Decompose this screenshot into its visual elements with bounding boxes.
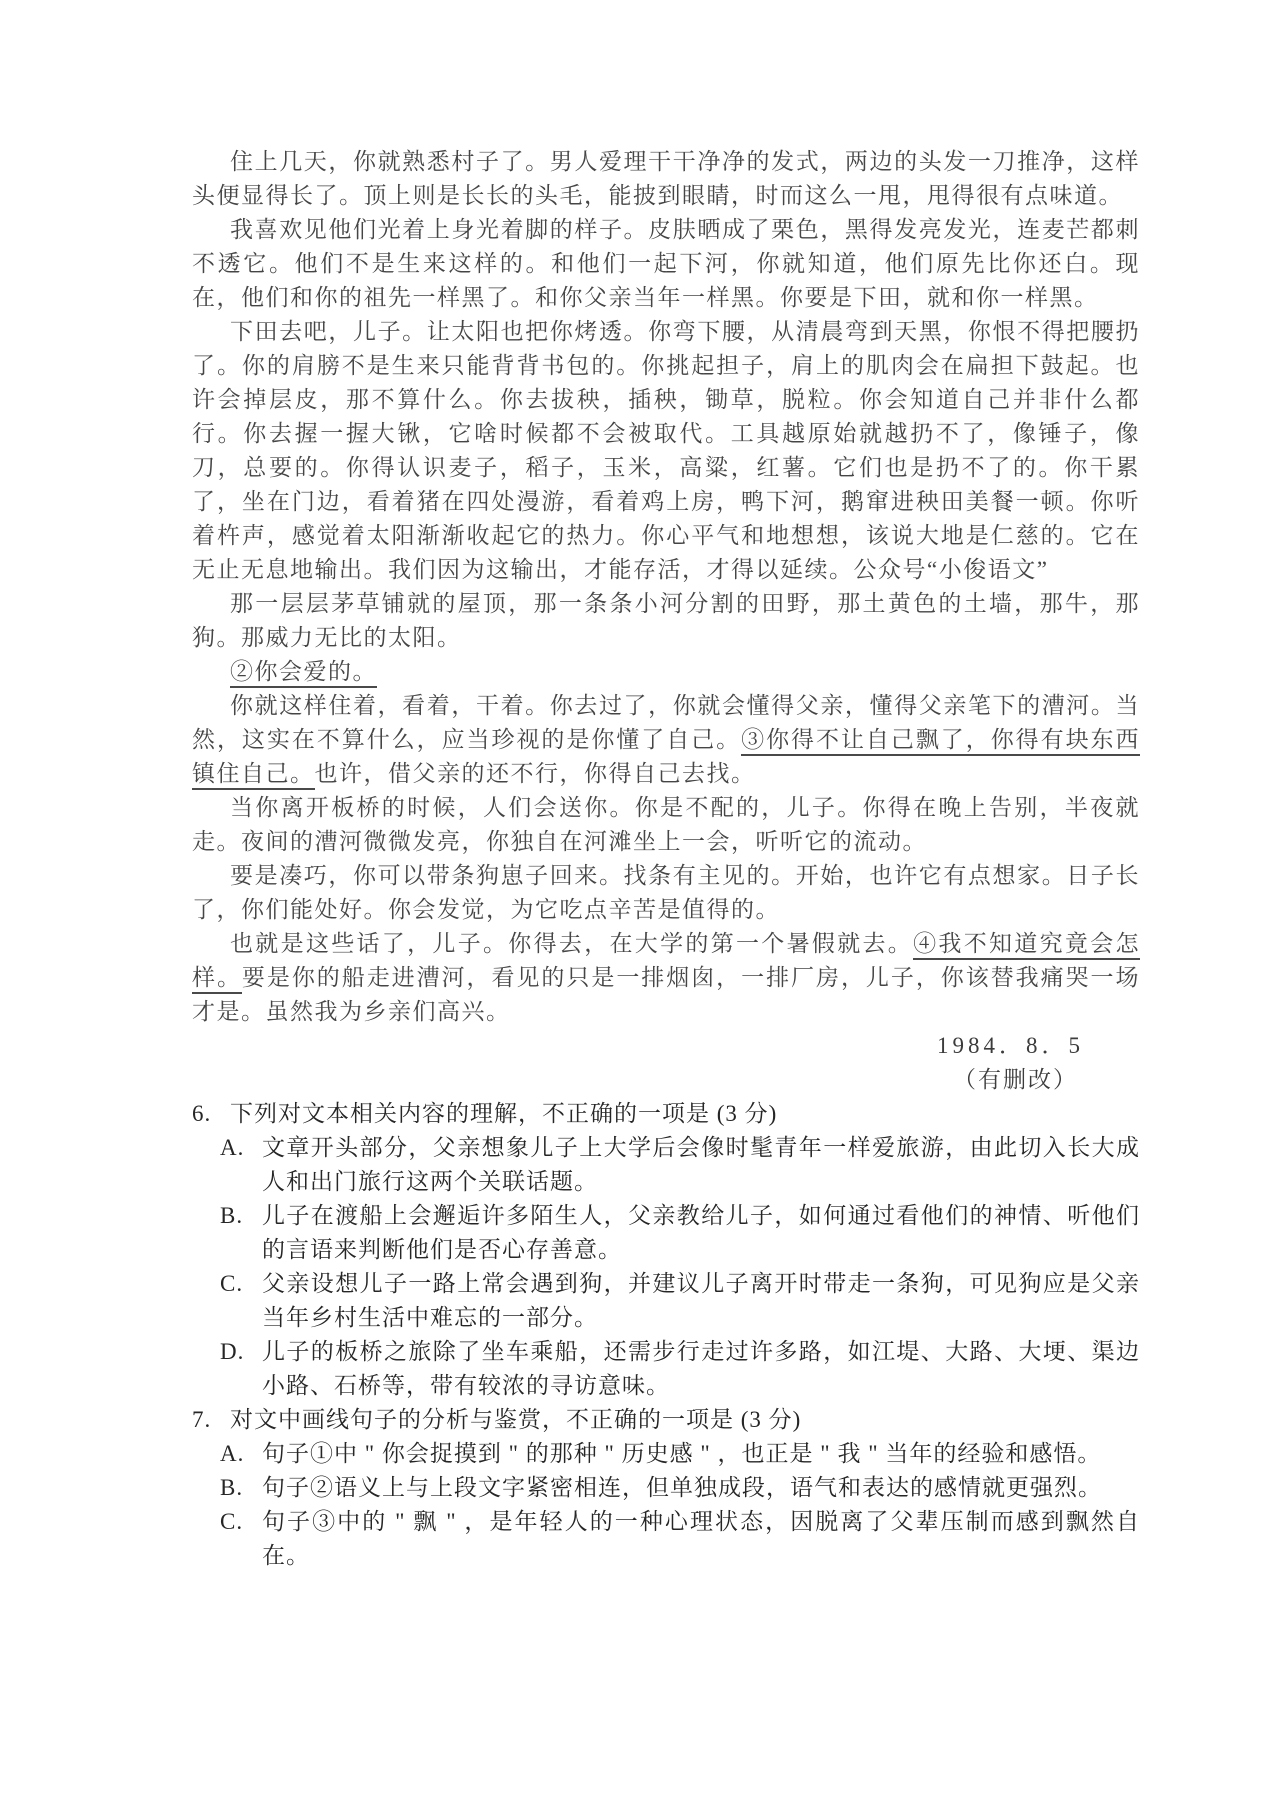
passage-text: 那一层层茅草铺就的屋顶，那一条条小河分割的田野，那土黄色的土墙，那牛，那狗。那威… (192, 591, 1140, 650)
passage-date: 1984．8．5 (192, 1029, 1140, 1063)
passage-text: 住上几天，你就熟悉村子了。男人爱理干干净净的发式，两边的头发一刀推净，这样头便显… (192, 149, 1140, 208)
option-label: B. (220, 1199, 262, 1267)
passage-paragraph: 要是凑巧，你可以带条狗崽子回来。找条有主见的。开始，也许它有点想家。日子长了，你… (192, 859, 1140, 927)
option-item: D.儿子的板桥之旅除了坐车乘船，还需步行走过许多路，如江堤、大路、大埂、渠边小路… (220, 1335, 1140, 1403)
passage-paragraph: 下田去吧，儿子。让太阳也把你烤透。你弯下腰，从清晨弯到天黑，你恨不得把腰扔了。你… (192, 315, 1140, 587)
option-text: 句子③中的 " 飘 " ，是年轻人的一种心理状态，因脱离了父辈压制而感到飘然自在… (262, 1505, 1140, 1573)
option-label: B. (220, 1471, 262, 1505)
option-label: A. (220, 1131, 262, 1199)
option-text: 儿子的板桥之旅除了坐车乘船，还需步行走过许多路，如江堤、大路、大埂、渠边小路、石… (262, 1335, 1140, 1403)
question-stem: 对文中画线句子的分析与鉴赏，不正确的一项是 (3 分) (230, 1403, 1140, 1437)
passage-paragraph: 当你离开板桥的时候，人们会送你。你是不配的，儿子。你得在晚上告别，半夜就走。夜间… (192, 791, 1140, 859)
passage-text: 要是你的船走进漕河，看见的只是一排烟囱，一排厂房，儿子，你该替我痛哭一场才是。虽… (192, 965, 1140, 1024)
option-label: C. (220, 1505, 262, 1573)
option-label: A. (220, 1437, 262, 1471)
questions-section: 6.下列对文本相关内容的理解，不正确的一项是 (3 分)A.文章开头部分，父亲想… (192, 1097, 1140, 1573)
passage-paragraph: 也就是这些话了，儿子。你得去，在大学的第一个暑假就去。④我不知道究竟会怎样。要是… (192, 927, 1140, 1029)
passage-paragraph: ②你会爱的。 (192, 655, 1140, 689)
option-item: B.儿子在渡船上会邂逅许多陌生人，父亲教给儿子，如何通过看他们的神情、听他们的言… (220, 1199, 1140, 1267)
passage-paragraph: 住上几天，你就熟悉村子了。男人爱理干干净净的发式，两边的头发一刀推净，这样头便显… (192, 145, 1140, 213)
passage-text: 也许，借父亲的还不行，你得自己去找。 (315, 761, 756, 786)
passage-edit-note: （有删改） (192, 1063, 1140, 1097)
option-item: B.句子②语义上与上段文字紧密相连，但单独成段，语气和表达的感情就更强烈。 (220, 1471, 1140, 1505)
option-text: 文章开头部分，父亲想象儿子上大学后会像时髦青年一样爱旅游，由此切入长大成人和出门… (262, 1131, 1140, 1199)
question-stem-row: 7.对文中画线句子的分析与鉴赏，不正确的一项是 (3 分) (192, 1403, 1140, 1437)
option-item: A.文章开头部分，父亲想象儿子上大学后会像时髦青年一样爱旅游，由此切入长大成人和… (220, 1131, 1140, 1199)
option-item: C.句子③中的 " 飘 " ，是年轻人的一种心理状态，因脱离了父辈压制而感到飘然… (220, 1505, 1140, 1573)
passage-text: 下田去吧，儿子。让太阳也把你烤透。你弯下腰，从清晨弯到天黑，你恨不得把腰扔了。你… (192, 319, 1140, 582)
question: 6.下列对文本相关内容的理解，不正确的一项是 (3 分)A.文章开头部分，父亲想… (192, 1097, 1140, 1403)
question-number: 6. (192, 1097, 230, 1131)
option-text: 父亲设想儿子一路上常会遇到狗，并建议儿子离开时带走一条狗，可见狗应是父亲当年乡村… (262, 1267, 1140, 1335)
passage-text: 要是凑巧，你可以带条狗崽子回来。找条有主见的。开始，也许它有点想家。日子长了，你… (192, 863, 1140, 922)
option-text: 句子①中 " 你会捉摸到 " 的那种 " 历史感 " ，也正是 " 我 " 当年… (262, 1437, 1140, 1471)
reading-passage: 住上几天，你就熟悉村子了。男人爱理干干净净的发式，两边的头发一刀推净，这样头便显… (192, 145, 1140, 1029)
passage-text: 当你离开板桥的时候，人们会送你。你是不配的，儿子。你得在晚上告别，半夜就走。夜间… (192, 795, 1140, 854)
passage-paragraph: 你就这样住着，看着，干着。你去过了，你就会懂得父亲，懂得父亲笔下的漕河。当然，这… (192, 689, 1140, 791)
option-item: C.父亲设想儿子一路上常会遇到狗，并建议儿子离开时带走一条狗，可见狗应是父亲当年… (220, 1267, 1140, 1335)
option-text: 句子②语义上与上段文字紧密相连，但单独成段，语气和表达的感情就更强烈。 (262, 1471, 1140, 1505)
question-stem-row: 6.下列对文本相关内容的理解，不正确的一项是 (3 分) (192, 1097, 1140, 1131)
option-label: D. (220, 1335, 262, 1403)
passage-paragraph: 我喜欢见他们光着上身光着脚的样子。皮肤晒成了栗色，黑得发亮发光，连麦芒都刺不透它… (192, 213, 1140, 315)
question-number: 7. (192, 1403, 230, 1437)
option-text: 儿子在渡船上会邂逅许多陌生人，父亲教给儿子，如何通过看他们的神情、听他们的言语来… (262, 1199, 1140, 1267)
option-label: C. (220, 1267, 262, 1335)
question: 7.对文中画线句子的分析与鉴赏，不正确的一项是 (3 分)A.句子①中 " 你会… (192, 1403, 1140, 1573)
passage-text: 也就是这些话了，儿子。你得去，在大学的第一个暑假就去。 (230, 931, 913, 956)
underlined-sentence: ②你会爱的。 (230, 659, 377, 688)
page-content: 住上几天，你就熟悉村子了。男人爱理干干净净的发式，两边的头发一刀推净，这样头便显… (192, 145, 1140, 1573)
passage-text: 我喜欢见他们光着上身光着脚的样子。皮肤晒成了栗色，黑得发亮发光，连麦芒都刺不透它… (192, 217, 1140, 310)
exam-page: 住上几天，你就熟悉村子了。男人爱理干干净净的发式，两边的头发一刀推净，这样头便显… (0, 0, 1280, 1810)
question-stem: 下列对文本相关内容的理解，不正确的一项是 (3 分) (230, 1097, 1140, 1131)
passage-paragraph: 那一层层茅草铺就的屋顶，那一条条小河分割的田野，那土黄色的土墙，那牛，那狗。那威… (192, 587, 1140, 655)
option-item: A.句子①中 " 你会捉摸到 " 的那种 " 历史感 " ，也正是 " 我 " … (220, 1437, 1140, 1471)
